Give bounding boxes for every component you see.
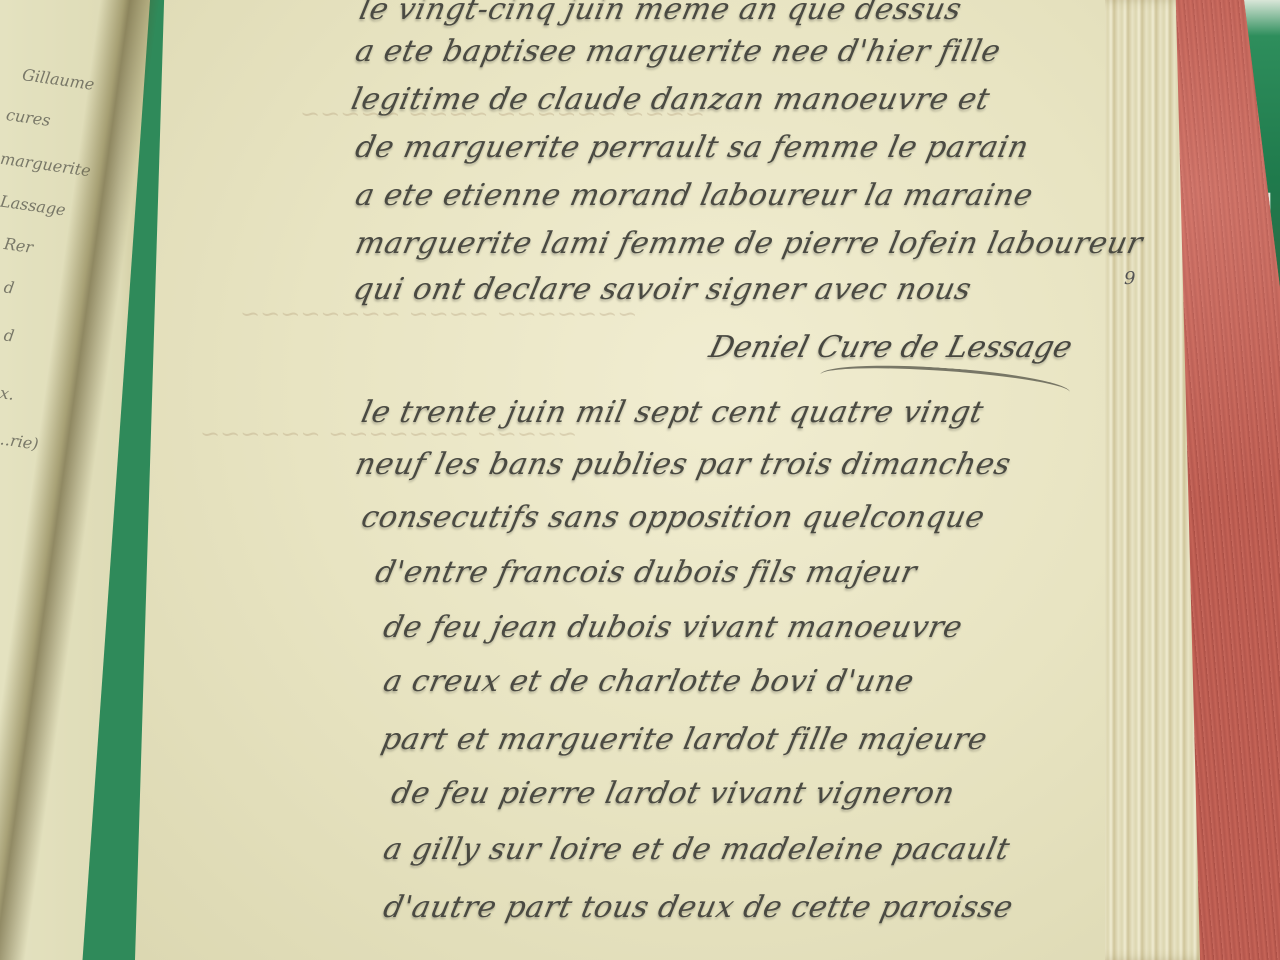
manuscript-line: le vingt-cinq juin meme an que dessus [356,0,965,27]
manuscript-line: d'entre francois dubois fils majeur [372,555,920,590]
manuscript-line: de feu jean dubois vivant manoeuvre [380,610,965,645]
manuscript-line: marguerite lami femme de pierre lofein l… [352,226,1146,261]
priest-signature: Deniel Cure de Lessage [706,330,1076,365]
manuscript-line: a creux et de charlotte bovi d'une [380,664,917,699]
manuscript-line: a gilly sur loire et de madeleine pacaul… [380,832,1013,867]
manuscript-line: qui ont declare savoir signer avec nous [350,272,974,307]
manuscript-line: part et marguerite lardot fille majeure [378,722,990,757]
manuscript-line: neuf les bans publies par trois dimanche… [352,447,1014,482]
manuscript-line: d'autre part tous deux de cette paroisse [380,890,1016,925]
manuscript-line: a ete etienne morand laboureur la marain… [352,178,1036,213]
manuscript-line: a ete baptisee marguerite nee d'hier fil… [352,34,1004,69]
manuscript-line: consecutifs sans opposition quelconque [358,500,988,535]
manuscript-text: le vingt-cinq juin meme an que dessus a … [0,0,1280,960]
document-photo: H 9 Gillaume cures marguerite Lassage Re… [0,0,1280,960]
manuscript-line: de marguerite perrault sa femme le parai… [352,130,1032,165]
manuscript-line: de feu pierre lardot vivant vigneron [388,776,958,811]
manuscript-line: le trente juin mil sept cent quatre ving… [358,395,987,430]
manuscript-line: legitime de claude danzan manoeuvre et [348,82,993,117]
